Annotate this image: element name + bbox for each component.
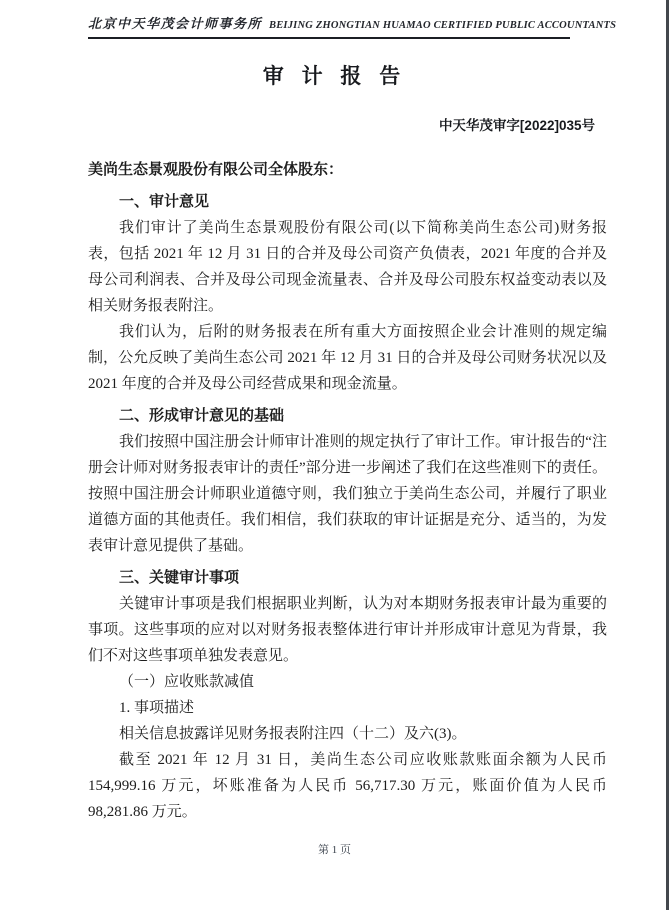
section-heading-basis-for-opinion: 二、形成审计意见的基础: [88, 403, 607, 429]
paragraph: 我们审计了美尚生态景观股份有限公司(以下简称美尚生态公司)财务报表，包括 202…: [88, 215, 607, 319]
section-heading-audit-opinion: 一、审计意见: [88, 189, 607, 215]
page-number: 第 1 页: [0, 841, 669, 857]
addressee-line: 美尚生态景观股份有限公司全体股东：: [88, 157, 607, 183]
firm-name-english: BEIJING ZHONGTIAN HUAMAO CERTIFIED PUBLI…: [269, 20, 616, 31]
note-reference-line: 相关信息披露详见财务报表附注四（十二）及六(3)。: [88, 721, 607, 747]
document-body: 美尚生态景观股份有限公司全体股东： 一、审计意见 我们审计了美尚生态景观股份有限…: [88, 157, 607, 825]
subsection-receivables-impairment: （一）应收账款减值: [88, 669, 607, 695]
paragraph: 我们按照中国注册会计师审计准则的规定执行了审计工作。审计报告的“注册会计师对财务…: [88, 429, 607, 559]
audit-report-page: 北京中天华茂会计师事务所BEIJING ZHONGTIAN HUAMAO CER…: [0, 0, 669, 910]
paragraph: 我们认为，后附的财务报表在所有重大方面按照企业会计准则的规定编制，公允反映了美尚…: [88, 319, 607, 397]
paragraph: 截至 2021 年 12 月 31 日，美尚生态公司应收账款账面余额为人民币 1…: [88, 747, 607, 825]
firm-name-chinese: 北京中天华茂会计师事务所: [88, 16, 262, 31]
document-title: 审 计 报 告: [0, 60, 669, 90]
letterhead: 北京中天华茂会计师事务所BEIJING ZHONGTIAN HUAMAO CER…: [88, 13, 570, 39]
section-heading-key-audit-matters: 三、关键审计事项: [88, 565, 607, 591]
document-number: 中天华茂审字[2022]035号: [439, 114, 595, 134]
paragraph: 关键审计事项是我们根据职业判断，认为对本期财务报表审计最为重要的事项。这些事项的…: [88, 591, 607, 669]
subsection-item-description: 1. 事项描述: [88, 695, 607, 721]
